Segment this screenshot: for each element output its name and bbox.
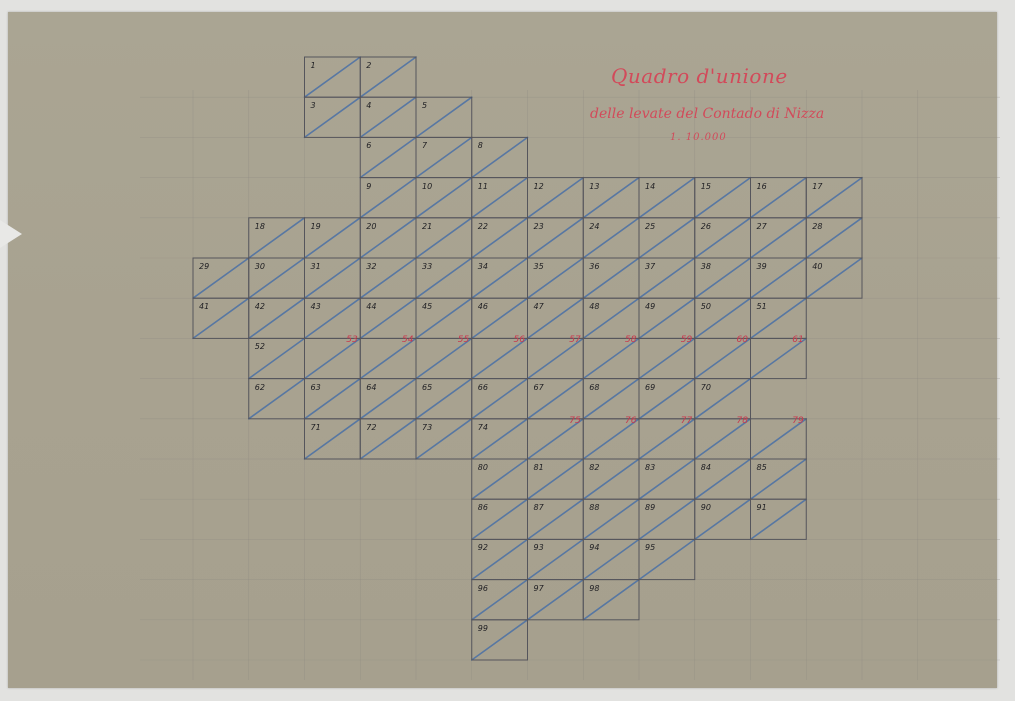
sheet-number: 77	[681, 416, 692, 426]
sheet-number: 93	[534, 543, 544, 552]
sheet-number: 91	[757, 503, 767, 512]
sheet-number: 76	[625, 416, 636, 426]
sheet-number: 73	[422, 423, 432, 432]
sheet-number: 32	[366, 262, 376, 271]
sheet-number: 9	[366, 182, 371, 191]
sheet-number: 35	[534, 262, 544, 271]
sheet-number: 31	[311, 262, 321, 271]
sheet-number: 44	[366, 302, 376, 311]
sheet-number: 86	[478, 503, 488, 512]
sheet-number: 27	[757, 222, 767, 231]
sheet-number: 26	[701, 222, 711, 231]
sheet-number: 11	[478, 182, 488, 191]
sheet-number: 43	[311, 302, 321, 311]
sheet-number: 23	[534, 222, 544, 231]
sheet-number: 90	[701, 503, 711, 512]
sheet-number: 17	[812, 182, 822, 191]
sheet-number: 55	[458, 335, 469, 345]
sheet-number: 83	[645, 463, 655, 472]
sheet-number: 20	[366, 222, 376, 231]
sheet-number: 49	[645, 302, 655, 311]
sheet-number: 75	[569, 416, 580, 426]
sheet-cells	[193, 57, 862, 660]
sheet-index-grid	[0, 0, 1015, 701]
sheet-number: 63	[311, 383, 321, 392]
sheet-number: 46	[478, 302, 488, 311]
sheet-number: 8	[478, 141, 483, 150]
sheet-number: 45	[422, 302, 432, 311]
sheet-number: 96	[478, 584, 488, 593]
sheet-number: 67	[534, 383, 544, 392]
sheet-number: 1	[311, 61, 316, 70]
sheet-number: 36	[589, 262, 599, 271]
sheet-number: 62	[255, 383, 265, 392]
sheet-number: 48	[589, 302, 599, 311]
sheet-number: 51	[757, 302, 767, 311]
map-scale: 1. 10.000	[670, 132, 727, 143]
sheet-number: 5	[422, 101, 427, 110]
sheet-number: 88	[589, 503, 599, 512]
sheet-number: 65	[422, 383, 432, 392]
sheet-number: 33	[422, 262, 432, 271]
sheet-number: 6	[366, 141, 371, 150]
sheet-number: 15	[701, 182, 711, 191]
sheet-number: 64	[366, 383, 376, 392]
sheet-number: 89	[645, 503, 655, 512]
sheet-number: 25	[645, 222, 655, 231]
sheet-number: 74	[478, 423, 488, 432]
sheet-number: 14	[645, 182, 655, 191]
sheet-number: 99	[478, 624, 488, 633]
sheet-number: 16	[757, 182, 767, 191]
sheet-number: 54	[402, 335, 413, 345]
sheet-number: 38	[701, 262, 711, 271]
sheet-number: 7	[422, 141, 427, 150]
sheet-number: 34	[478, 262, 488, 271]
sheet-number: 22	[478, 222, 488, 231]
sheet-number: 81	[534, 463, 544, 472]
sheet-number: 12	[534, 182, 544, 191]
sheet-number: 58	[625, 335, 636, 345]
sheet-number: 47	[534, 302, 544, 311]
sheet-number: 29	[199, 262, 209, 271]
sheet-number: 71	[311, 423, 321, 432]
sheet-number: 72	[366, 423, 376, 432]
sheet-number: 40	[812, 262, 822, 271]
sheet-number: 78	[737, 416, 748, 426]
sheet-number: 30	[255, 262, 265, 271]
sheet-number: 39	[757, 262, 767, 271]
sheet-number: 13	[589, 182, 599, 191]
sheet-number: 41	[199, 302, 209, 311]
sheet-number: 94	[589, 543, 599, 552]
sheet-number: 82	[589, 463, 599, 472]
sheet-number: 80	[478, 463, 488, 472]
sheet-number: 52	[255, 342, 265, 351]
sheet-number: 4	[366, 101, 371, 110]
sheet-number: 28	[812, 222, 822, 231]
sheet-number: 50	[701, 302, 711, 311]
sheet-number: 57	[569, 335, 580, 345]
sheet-number: 3	[311, 101, 316, 110]
sheet-number: 19	[311, 222, 321, 231]
sheet-number: 70	[701, 383, 711, 392]
map-title: Quadro d'unione	[611, 64, 788, 88]
sheet-number: 97	[534, 584, 544, 593]
sheet-number: 66	[478, 383, 488, 392]
sheet-number: 98	[589, 584, 599, 593]
sheet-number: 24	[589, 222, 599, 231]
sheet-number: 92	[478, 543, 488, 552]
sheet-number: 61	[792, 335, 803, 345]
sheet-number: 68	[589, 383, 599, 392]
pencil-guide-lines	[140, 90, 1000, 680]
sheet-number: 56	[514, 335, 525, 345]
sheet-number: 85	[757, 463, 767, 472]
map-subtitle: delle levate del Contado di Nizza	[590, 106, 824, 122]
sheet-number: 18	[255, 222, 265, 231]
sheet-number: 79	[792, 416, 803, 426]
sheet-number: 53	[346, 335, 357, 345]
sheet-number: 2	[366, 61, 371, 70]
sheet-number: 60	[737, 335, 748, 345]
sheet-number: 59	[681, 335, 692, 345]
sheet-number: 42	[255, 302, 265, 311]
sheet-number: 10	[422, 182, 432, 191]
sheet-number: 87	[534, 503, 544, 512]
sheet-number: 95	[645, 543, 655, 552]
sheet-number: 84	[701, 463, 711, 472]
sheet-number: 37	[645, 262, 655, 271]
sheet-number: 21	[422, 222, 432, 231]
sheet-number: 69	[645, 383, 655, 392]
